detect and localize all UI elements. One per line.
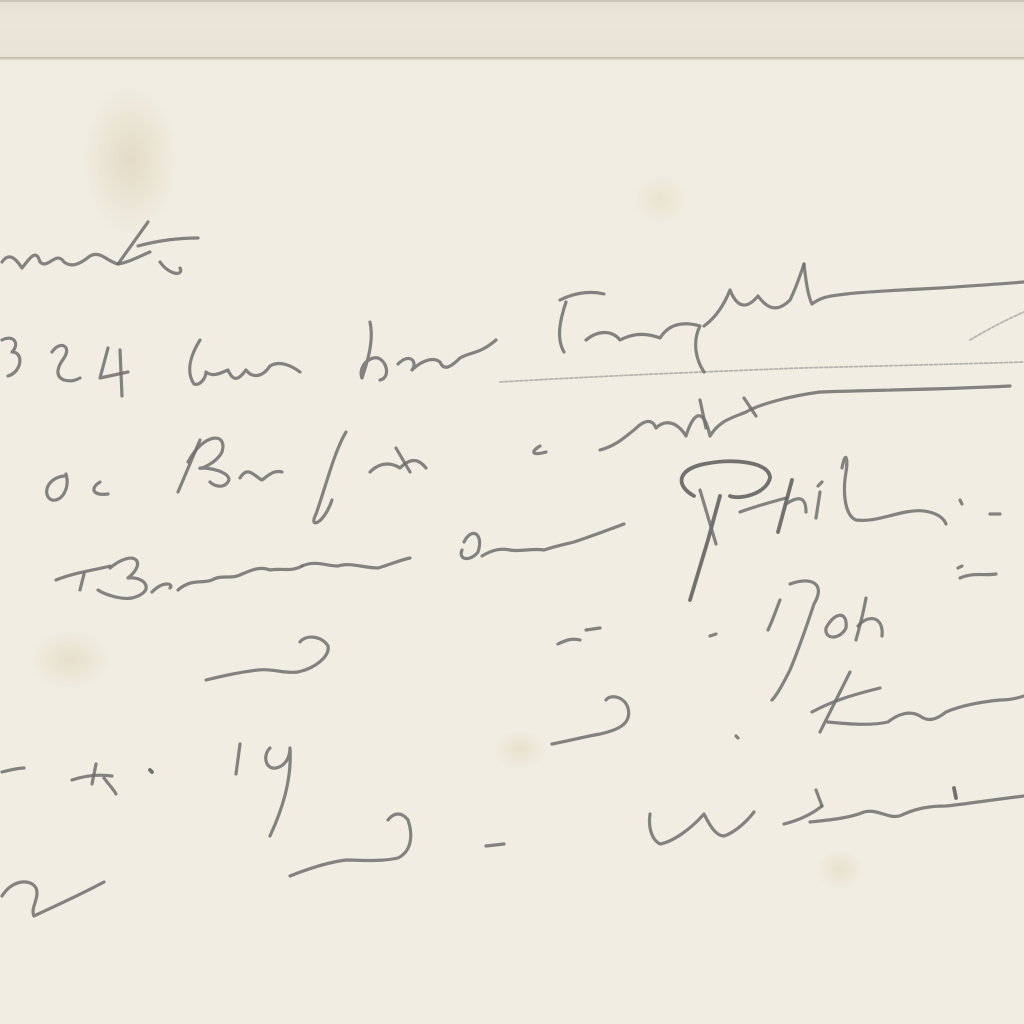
- handwriting-line-1: [2, 222, 198, 273]
- handwriting-line-4: [56, 457, 1000, 600]
- handwriting-line-5: [768, 566, 996, 700]
- faint-stroke: [970, 312, 1024, 340]
- manuscript-page: …ulrt 324 bew door Tongeluedt… De Bisjch…: [0, 0, 1024, 1024]
- handwriting-line-6: [812, 672, 1024, 732]
- handwriting-strokes: [0, 0, 1024, 1024]
- handwriting-line-8: [649, 788, 1024, 844]
- handwriting-line-3: [47, 386, 1010, 523]
- faint-guide-line: [500, 362, 1024, 382]
- handwriting-line-2: [2, 264, 1024, 396]
- handwriting-line-7: [2, 744, 290, 916]
- ditto-marks: [206, 628, 738, 876]
